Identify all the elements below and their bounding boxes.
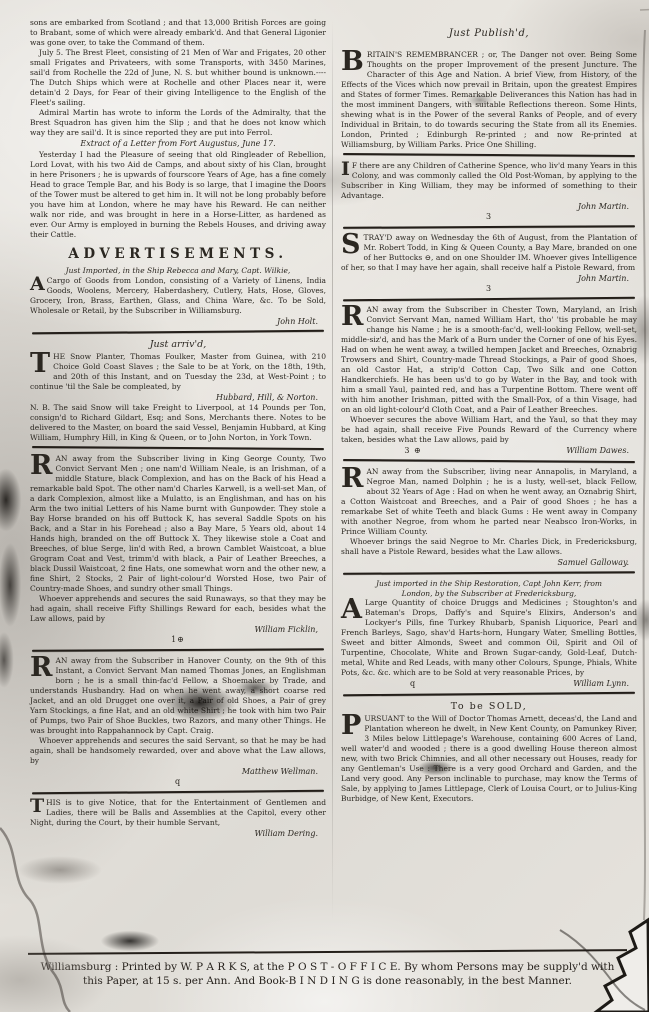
ad-druggs-intro-1: Just imported in the Ship Restoration, C… — [341, 579, 637, 589]
ad-snow-planter: Just arriv'd, THE Snow Planter, Thomas F… — [30, 338, 326, 443]
ad-land-for-sale: To be SOLD, PURSUANT to the Will of Doct… — [341, 700, 637, 804]
news-paragraph-admiral-martin: Admiral Martin has wrote to inform the L… — [30, 108, 326, 138]
rule-divider — [343, 692, 635, 697]
rule-divider — [32, 329, 324, 334]
rule-divider — [343, 297, 635, 302]
right-column: Just Publish'd, BRITAIN'S REMEMBRANCER ;… — [341, 18, 637, 840]
ad-spence-dropcap: I — [341, 161, 352, 177]
ad-holt-imported-goods: Just Imported, in the Ship Rebecca and M… — [30, 266, 326, 327]
ad-runaway-dolphin: RAN away from the Subscriber, living nea… — [341, 467, 637, 568]
ad-planter-dropcap: T — [30, 352, 53, 374]
ad-holt-signature: John Holt. — [30, 316, 326, 327]
notice-balls-assemblies: THIS is to give Notice, that for the Ent… — [30, 798, 326, 839]
rule-divider — [32, 445, 324, 449]
ad-druggs-printers-mark: q — [341, 679, 485, 689]
ad-wellman-body: RAN away from the Subscriber in Hanover … — [30, 656, 326, 736]
ad-planter-signature: Hubbard, Hill, & Norton. — [30, 392, 326, 403]
ad-holt-body: ACargo of Goods from London, consisting … — [30, 276, 326, 316]
colophon: Williamsburg : Printed by W. P A R K S, … — [18, 951, 637, 988]
news-paragraph-scotland: sons are embarked from Scotland ; and th… — [30, 18, 326, 48]
notice-dering-dropcap: T — [30, 798, 46, 814]
news-paragraph-brest-fleet: July 5. The Brest Fleet, consisting of 2… — [30, 48, 326, 108]
ad-catherine-spence: IF there are any Children of Catherine S… — [341, 161, 637, 222]
ad-druggs-intro-2: London, by the Subscriber at Fredericksb… — [341, 589, 637, 599]
ad-strayd-dropcap: S — [341, 233, 364, 255]
ad-hart-signature: William Dawes. — [485, 445, 637, 456]
ad-remembrancer-dropcap: B — [341, 50, 367, 72]
ad-dolphin-body: RAN away from the Subscriber, living nea… — [341, 467, 637, 537]
ad-holt-dropcap: A — [30, 276, 47, 292]
ad-spence-signature: John Martin. — [341, 201, 637, 212]
right-scan-edge — [643, 30, 645, 920]
ad-druggs-signature-row: q William Lynn. — [341, 678, 637, 689]
rule-divider — [343, 571, 635, 575]
letter-extract-heading: Extract of a Letter from Fort Augustus, … — [30, 139, 326, 149]
ad-druggs-signature: William Lynn. — [485, 678, 637, 689]
ad-sold-dropcap: P — [341, 714, 364, 736]
ad-runaway-wellman: RAN away from the Subscriber in Hanover … — [30, 656, 326, 787]
ad-dolphin-dropcap: R — [341, 467, 366, 489]
ad-planter-nb: N. B. The said Snow will take Freight to… — [30, 403, 326, 443]
ad-druggs-medicines: Just imported in the Ship Restoration, C… — [341, 579, 637, 689]
ad-strayd-printers-mark: 3 — [341, 284, 637, 294]
ad-strayd-signature: John Martin. — [341, 273, 637, 284]
ad-hart-reward: Whoever secures the above William Hart, … — [341, 415, 637, 445]
ad-dolphin-reward: Whoever brings the said Negroe to Mr. Ch… — [341, 537, 637, 557]
rule-divider — [32, 648, 324, 652]
ad-sold-body: PURSUANT to the Will of Doctor Thomas Ar… — [341, 714, 637, 804]
notice-dering-signature: William Dering. — [30, 828, 326, 839]
top-scan-edge — [640, 0, 649, 10]
page-columns: sons are embarked from Scotland ; and th… — [30, 18, 638, 840]
ad-remembrancer-heading: Just Publish'd, — [341, 28, 637, 40]
ad-runaway-ficklin: RAN away from the Subscriber living in K… — [30, 454, 326, 645]
ad-druggs-dropcap: A — [341, 598, 365, 620]
ad-planter-heading: Just arriv'd, — [30, 338, 326, 351]
ad-dolphin-signature: Samuel Galloway. — [341, 557, 637, 568]
advertisements-heading: ADVERTISEMENTS. — [30, 244, 326, 264]
ad-strayed-mare: STRAY'D away on Wednesday the 6th of Aug… — [341, 233, 637, 294]
ad-holt-intro: Just Imported, in the Ship Rebecca and M… — [30, 266, 326, 276]
ad-ficklin-reward: Whoever apprehends and secures the said … — [30, 594, 326, 624]
ad-hart-printers-mark: 3 ⊕ — [341, 446, 485, 456]
ad-ficklin-printers-mark: 1⊕ — [30, 635, 326, 645]
ad-planter-body: THE Snow Planter, Thomas Foulker, Master… — [30, 352, 326, 392]
ad-britains-remembrancer: Just Publish'd, BRITAIN'S REMEMBRANCER ;… — [341, 28, 637, 150]
news-paragraph-lord-lovat: Yesterday I had the Pleasure of seeing t… — [30, 150, 326, 240]
ad-wellman-dropcap: R — [30, 656, 55, 678]
ad-spence-printers-mark: 3 — [341, 212, 637, 222]
ad-ficklin-body: RAN away from the Subscriber living in K… — [30, 454, 326, 594]
ad-strayd-body: STRAY'D away on Wednesday the 6th of Aug… — [341, 233, 637, 273]
colophon-line-2: this Paper, at 15 s. per Ann. And Book-B… — [18, 974, 637, 988]
rule-divider — [32, 789, 324, 794]
ad-remembrancer-body: BRITAIN'S REMEMBRANCER ; or, The Danger … — [341, 50, 637, 150]
ad-druggs-body: ALarge Quantity of choice Druggs and Med… — [341, 598, 637, 678]
rule-divider — [343, 153, 635, 157]
colophon-line-1: Williamsburg : Printed by W. P A R K S, … — [18, 960, 637, 974]
ad-runaway-hart: RAN away from the Subscriber in Chester … — [341, 305, 637, 456]
footer-rule — [28, 949, 627, 955]
rule-divider — [343, 459, 635, 463]
ad-hart-signature-row: 3 ⊕ William Dawes. — [341, 445, 637, 456]
ad-wellman-signature: Matthew Wellman. — [30, 766, 326, 777]
notice-dering-body: THIS is to give Notice, that for the Ent… — [30, 798, 326, 828]
newspaper-scan-page: sons are embarked from Scotland ; and th… — [0, 0, 649, 1012]
ad-wellman-reward: Whoever apprehends and secures the said … — [30, 736, 326, 766]
ad-ficklin-signature: William Ficklin, — [30, 624, 326, 635]
ad-ficklin-dropcap: R — [30, 454, 55, 476]
left-column: sons are embarked from Scotland ; and th… — [30, 18, 326, 840]
rule-divider — [343, 225, 635, 229]
ad-hart-body: RAN away from the Subscriber in Chester … — [341, 305, 637, 415]
ad-hart-dropcap: R — [341, 305, 366, 327]
ad-wellman-printers-mark: q — [30, 777, 326, 787]
ad-sold-heading: To be SOLD, — [341, 700, 637, 713]
ad-spence-body: IF there are any Children of Catherine S… — [341, 161, 637, 201]
